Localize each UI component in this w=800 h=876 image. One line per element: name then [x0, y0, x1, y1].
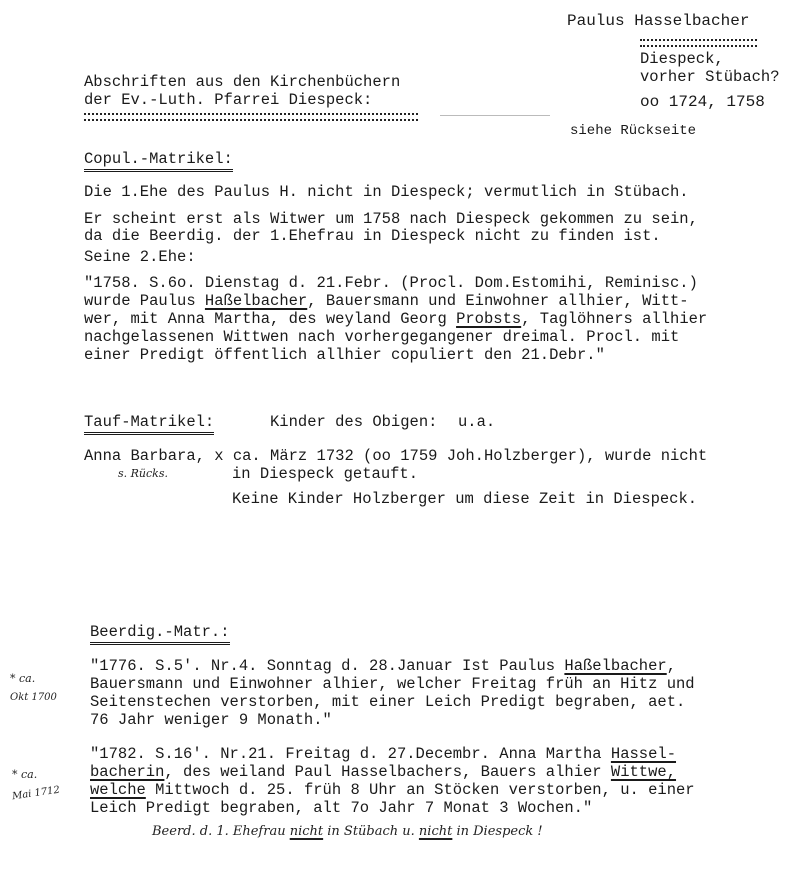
quote-line-2: wurde Paulus Haßelbacher, Bauersmann und… [84, 292, 689, 310]
burial2-line-1: "1782. S.16'. Nr.21. Freitag d. 27.Decem… [90, 745, 676, 763]
underlined-surname: bacherin [90, 763, 164, 781]
back-side-note: siehe Rückseite [570, 123, 696, 139]
place-line-2: vorher Stübach? [640, 68, 780, 86]
text: in Stübach u. [323, 824, 419, 839]
underlined-word: welche [90, 781, 146, 799]
underlined-word: Wittwe, [611, 763, 676, 781]
scan-noise [440, 115, 550, 116]
quote-line-4: nachgelassenen Wittwen nach vorhergegang… [84, 328, 679, 346]
tauf-heading: Tauf-Matrikel: [84, 413, 214, 435]
text: wurde Paulus [84, 292, 205, 310]
underlined-surname: Hassel- [611, 745, 676, 763]
tauf-subtitle: Kinder des Obigen: [270, 413, 437, 431]
text: , des weiland Paul Hasselbachers, Bauers… [164, 763, 610, 781]
copul-heading: Copul.-Matrikel: [84, 150, 233, 172]
text: "1776. S.5'. Nr.4. Sonntag d. 28.Januar … [90, 657, 564, 675]
quote-line-1: "1758. S.6o. Dienstag d. 21.Febr. (Procl… [84, 274, 698, 292]
burial1-line-1: "1776. S.5'. Nr.4. Sonntag d. 28.Januar … [90, 657, 676, 675]
burial2-line-4: Leich Predigt begraben, alt 7o Jahr 7 Mo… [90, 799, 592, 817]
marriage-years: oo 1724, 1758 [640, 93, 765, 111]
text: Beerd. d. 1. Ehefrau [152, 824, 290, 839]
burial1-line-3: Seitenstechen verstorben, mit einer Leic… [90, 693, 685, 711]
burial1-line-4: 76 Jahr weniger 9 Monath." [90, 711, 332, 729]
copul-paragraph-1: Die 1.Ehe des Paulus H. nicht in Diespec… [84, 183, 689, 201]
birth-estimate-note-2-date: Mai 1712 [11, 785, 60, 803]
text: wer, mit Anna Martha, des weyland Georg [84, 310, 456, 328]
text: , Taglöhners allhier [521, 310, 707, 328]
handwritten-footer-note: Beerd. d. 1. Ehefrau nicht in Stübach u.… [152, 824, 543, 839]
burial2-line-3: welche Mittwoch d. 25. früh 8 Uhr an Stö… [90, 781, 695, 799]
underlined-word: nicht [290, 824, 323, 839]
holzberger-note: Keine Kinder Holzberger um diese Zeit in… [232, 490, 697, 508]
text: , [667, 657, 676, 675]
burial-heading: Beerdig.-Matr.: [90, 623, 230, 645]
tauf-ua: u.a. [458, 413, 495, 431]
person-name: Paulus Hasselbacher [567, 12, 749, 30]
burial1-line-2: Bauersmann und Einwohner alhier, welcher… [90, 675, 695, 693]
quote-line-5: einer Predigt öffentlich allhier copulie… [84, 346, 605, 364]
birth-estimate-note-1-date: Okt 1700 [10, 692, 57, 703]
title-double-rule [84, 113, 418, 121]
birth-estimate-note-1: * ca. [10, 672, 35, 685]
birth-estimate-note-2: * ca. [12, 768, 37, 781]
underlined-word: nicht [419, 824, 452, 839]
place-line-1: Diespeck, [640, 50, 724, 68]
text: "1782. S.16'. Nr.21. Freitag d. 27.Decem… [90, 745, 611, 763]
document-title-line-1: Abschriften aus den Kirchenbüchern [84, 73, 400, 91]
underlined-surname: Haßelbacher [205, 292, 307, 310]
second-marriage-label: Seine 2.Ehe: [84, 248, 196, 266]
name-double-rule [640, 39, 757, 47]
copul-paragraph-2-line-2: da die Beerdig. der 1.Ehefrau in Diespec… [84, 227, 661, 245]
quote-line-3: wer, mit Anna Martha, des weyland Georg … [84, 310, 707, 328]
burial2-line-2: bacherin, des weiland Paul Hasselbachers… [90, 763, 676, 781]
text: , Bauersmann und Einwohner allhier, Witt… [307, 292, 688, 310]
copul-paragraph-2-line-1: Er scheint erst als Witwer um 1758 nach … [84, 210, 698, 228]
text: in Diespeck ! [452, 824, 542, 839]
underlined-surname: Probsts [456, 310, 521, 328]
baptism-entry-line-1: Anna Barbara, x ca. März 1732 (oo 1759 J… [84, 447, 707, 465]
text: Mittwoch d. 25. früh 8 Uhr an Stöcken ve… [146, 781, 695, 799]
handwritten-margin-note: s. Rücks. [118, 467, 168, 480]
baptism-entry-line-2: in Diespeck getauft. [232, 465, 418, 483]
document-title-line-2: der Ev.-Luth. Pfarrei Diespeck: [84, 91, 372, 109]
underlined-surname: Haßelbacher [564, 657, 666, 675]
